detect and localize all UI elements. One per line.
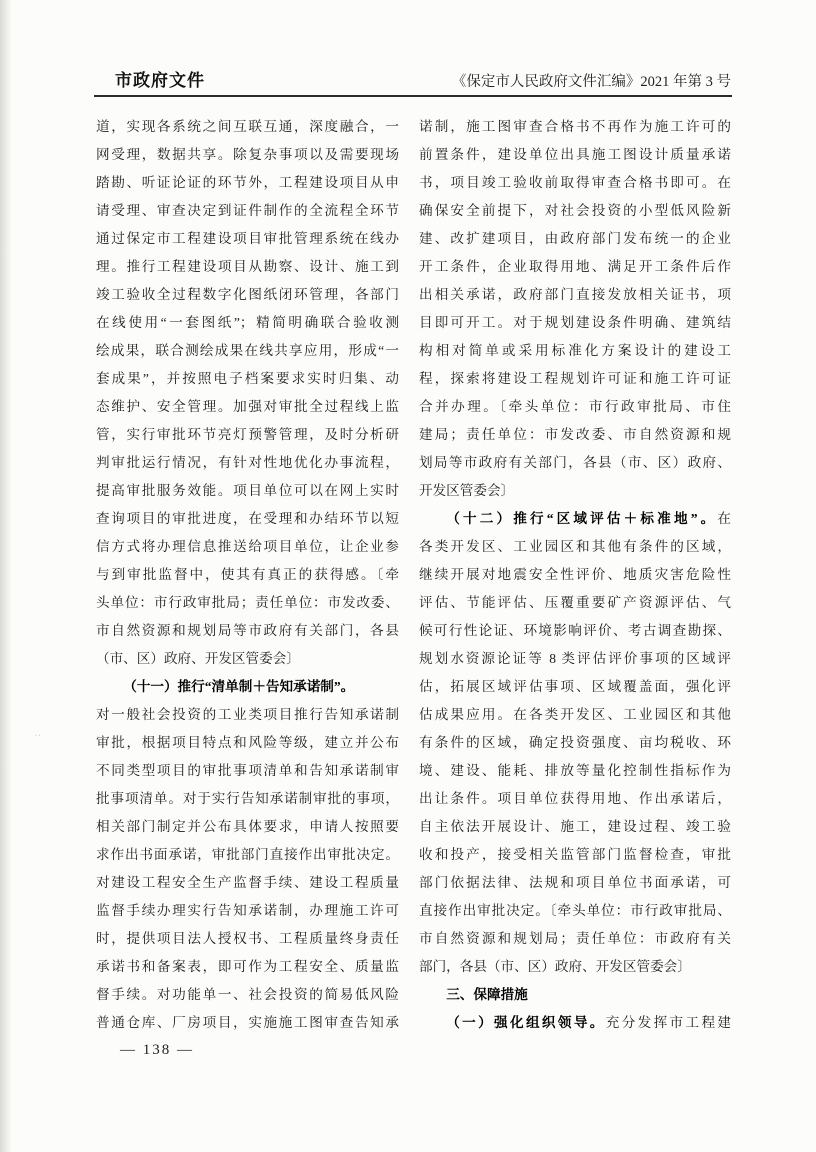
body-text: 道，实现各系统之间互联互通，深度融合，一 <box>96 119 399 134</box>
body-text: 各类开发区、工业园区和其他有条件的区域， <box>419 539 731 554</box>
text-line: 绘成果，联合测绘成果在线共享应用，形成“一 <box>96 337 399 365</box>
body-text: 时，提供项目法人授权书、工程质量终身责任 <box>96 931 399 946</box>
text-line: 估成果应用。在各类开发区、工业园区和其他 <box>419 701 731 729</box>
text-line: 竣工验收全过程数字化图纸闭环管理，各部门 <box>96 281 399 309</box>
body-text: 督手续。对功能单一、社会投资的简易低风险 <box>96 987 399 1002</box>
text-line: 部门依据法律、法规和项目单位书面承诺，可 <box>419 869 731 897</box>
body-text: 合并办理。〔牵头单位：市行政审批局、市住 <box>419 399 731 414</box>
text-line: 提高审批服务效能。项目单位可以在网上实时 <box>96 477 399 505</box>
text-line: 对一般社会投资的工业类项目推行告知承诺制 <box>96 701 399 729</box>
heading-text: （十一）推行“清单制＋告知承诺制”。 <box>123 679 354 694</box>
body-text: 绘成果，联合测绘成果在线共享应用，形成“一 <box>96 343 399 358</box>
body-text: 信方式将办理信息推送给项目单位，让企业参 <box>96 539 399 554</box>
text-line: 判审批运行情况，有针对性地优化办事流程， <box>96 449 399 477</box>
body-text: 通过保定市工程建设项目审批管理系统在线办 <box>96 231 399 246</box>
text-line: 前置条件，建设单位出具施工图设计质量承诺 <box>419 141 731 169</box>
text-line: 自主依法开展设计、施工，建设过程、竣工验 <box>419 813 731 841</box>
heading-text: 三、保障措施 <box>446 987 528 1002</box>
body-text: 确保安全前提下，对社会投资的小型低风险新 <box>419 203 731 218</box>
text-line: 各类开发区、工业园区和其他有条件的区域， <box>419 533 731 561</box>
text-line: 建局；责任单位：市发改委、市自然资源和规 <box>419 421 731 449</box>
body-text: 出相关承诺，政府部门直接发放相关证书，项 <box>419 287 731 302</box>
body-text: 直接作出审批决定。〔牵头单位：市行政审批局、 <box>419 903 731 918</box>
header-divider-rule <box>94 95 732 97</box>
body-text: 开工条件，企业取得用地、满足开工条件后作 <box>419 259 731 274</box>
body-text: 开发区管委会〕 <box>419 483 514 498</box>
body-text: 建局；责任单位：市发改委、市自然资源和规 <box>419 427 731 442</box>
body-text: 竣工验收全过程数字化图纸闭环管理，各部门 <box>96 287 399 302</box>
text-line: 态维护、安全管理。加强对审批全过程线上监 <box>96 393 399 421</box>
text-line: 道，实现各系统之间互联互通，深度融合，一 <box>96 113 399 141</box>
text-line: 境、建设、能耗、排放等量化控制性指标作为 <box>419 757 731 785</box>
body-text: 书，项目竣工验收前取得审查合格书即可。在 <box>419 175 731 190</box>
text-line: 与到审批监督中，使其有真正的获得感。〔牵 <box>96 561 399 589</box>
text-line: 程，探索将建设工程规划许可证和施工许可证 <box>419 365 731 393</box>
body-text: 部门，各县（市、区）政府、开发区管委会〕 <box>419 959 691 974</box>
text-line: 通过保定市工程建设项目审批管理系统在线办 <box>96 225 399 253</box>
body-text: 相关部门制定并公布具体要求，申请人按照要 <box>96 819 399 834</box>
text-line: 踏勘、听证论证的环节外，工程建设项目从申 <box>96 169 399 197</box>
text-line: 请受理、审查决定到证件制作的全流程全环节 <box>96 197 399 225</box>
body-text: 出让条件。项目单位获得用地、作出承诺后， <box>419 791 731 806</box>
text-line: 合并办理。〔牵头单位：市行政审批局、市住 <box>419 393 731 421</box>
text-line: 市自然资源和规划局；责任单位：市政府有关 <box>419 925 731 953</box>
body-text: 求作出书面承诺，审批部门直接作出审批决定。 <box>96 847 399 862</box>
text-line: 目即可开工。对于规划建设条件明确、建筑结 <box>419 309 731 337</box>
text-line: （十一）推行“清单制＋告知承诺制”。 <box>96 673 399 701</box>
heading-text: （十二）推行“区域评估＋标准地”。 <box>446 511 717 526</box>
text-line: 审批，根据项目特点和风险等级，建立并公布 <box>96 729 399 757</box>
text-line: 头单位：市行政审批局；责任单位：市发改委、 <box>96 589 399 617</box>
body-text: 估成果应用。在各类开发区、工业园区和其他 <box>419 707 731 722</box>
heading-text: （一）强化组织领导。 <box>446 1015 606 1030</box>
text-line: 承诺书和备案表，即可作为工程安全、质量监 <box>96 953 399 981</box>
body-text: 程，探索将建设工程规划许可证和施工许可证 <box>419 371 731 386</box>
body-text: 诺制，施工图审查合格书不再作为施工许可的 <box>419 119 731 134</box>
text-line: 出让条件。项目单位获得用地、作出承诺后， <box>419 785 731 813</box>
text-line: （一）强化组织领导。充分发挥市工程建 <box>419 1009 731 1037</box>
body-text: 对一般社会投资的工业类项目推行告知承诺制 <box>96 707 399 722</box>
text-line: 相关部门制定并公布具体要求，申请人按照要 <box>96 813 399 841</box>
left-column: 道，实现各系统之间互联互通，深度融合，一网受理，数据共享。除复杂事项以及需要现场… <box>96 113 399 1037</box>
page-number: — 138 — <box>120 1036 194 1064</box>
document-page: 市政府文件 《保定市人民政府文件汇编》2021 年第 3 号 道，实现各系统之间… <box>0 0 816 1152</box>
body-text: 充分发挥市工程建 <box>606 1015 731 1030</box>
text-line: 评估、节能评估、压覆重要矿产资源评估、气 <box>419 589 731 617</box>
text-line: 不同类型项目的审批事项清单和告知承诺制审 <box>96 757 399 785</box>
body-text: 头单位：市行政审批局；责任单位：市发改委、 <box>96 595 399 610</box>
text-line: 开工条件，企业取得用地、满足开工条件后作 <box>419 253 731 281</box>
body-text: 在线使用“一套图纸”；精简明确联合验收测 <box>96 315 399 330</box>
text-line: 套成果”，并按照电子档案要求实时归集、动 <box>96 365 399 393</box>
body-text: 管，实行审批环节亮灯预警管理，及时分析研 <box>96 427 399 442</box>
body-text: 套成果”，并按照电子档案要求实时归集、动 <box>96 371 399 386</box>
header-section-label: 市政府文件 <box>115 66 205 91</box>
body-text: 划局等市政府有关部门，各县（市、区）政府、 <box>419 455 731 470</box>
body-text: 承诺书和备案表，即可作为工程安全、质量监 <box>96 959 399 974</box>
body-text: 判审批运行情况，有针对性地优化办事流程， <box>96 455 399 470</box>
body-text: 前置条件，建设单位出具施工图设计质量承诺 <box>419 147 731 162</box>
text-line: 时，提供项目法人授权书、工程质量终身责任 <box>96 925 399 953</box>
body-text: （市、区）政府、开发区管委会〕 <box>96 651 300 666</box>
body-text: 理。推行工程建设项目从勘察、设计、施工到 <box>96 259 399 274</box>
text-line: 构相对简单或采用标准化方案设计的建设工 <box>419 337 731 365</box>
header-compilation-title: 《保定市人民政府文件汇编》2021 年第 3 号 <box>452 70 731 91</box>
text-line: （十二）推行“区域评估＋标准地”。在 <box>419 505 731 533</box>
text-line: 书，项目竣工验收前取得审查合格书即可。在 <box>419 169 731 197</box>
text-line: 网受理，数据共享。除复杂事项以及需要现场 <box>96 141 399 169</box>
right-column: 诺制，施工图审查合格书不再作为施工许可的前置条件，建设单位出具施工图设计质量承诺… <box>419 113 731 1037</box>
body-text: 评估、节能评估、压覆重要矿产资源评估、气 <box>419 595 731 610</box>
text-line: 估，拓展区域评估事项、区域覆盖面，强化评 <box>419 673 731 701</box>
body-text: 市自然资源和规划局等市政府有关部门，各县 <box>96 623 399 638</box>
body-text: 在 <box>717 511 731 526</box>
body-text: 构相对简单或采用标准化方案设计的建设工 <box>419 343 731 358</box>
body-text: 部门依据法律、法规和项目单位书面承诺，可 <box>419 875 731 890</box>
body-text: 继续开展对地震安全性评价、地质灾害危险性 <box>419 567 731 582</box>
body-text: 网受理，数据共享。除复杂事项以及需要现场 <box>96 147 399 162</box>
body-text: 不同类型项目的审批事项清单和告知承诺制审 <box>96 763 399 778</box>
text-line: 直接作出审批决定。〔牵头单位：市行政审批局、 <box>419 897 731 925</box>
text-line: 划局等市政府有关部门，各县（市、区）政府、 <box>419 449 731 477</box>
text-line: 普通仓库、厂房项目，实施施工图审查告知承 <box>96 1009 399 1037</box>
text-line: 市自然资源和规划局等市政府有关部门，各县 <box>96 617 399 645</box>
body-text: 建、改扩建项目，由政府部门发布统一的企业 <box>419 231 731 246</box>
text-line: （市、区）政府、开发区管委会〕 <box>96 645 399 673</box>
text-line: 诺制，施工图审查合格书不再作为施工许可的 <box>419 113 731 141</box>
text-line: 督手续。对功能单一、社会投资的简易低风险 <box>96 981 399 1009</box>
body-text: 与到审批监督中，使其有真正的获得感。〔牵 <box>96 567 399 582</box>
body-text: 态维护、安全管理。加强对审批全过程线上监 <box>96 399 399 414</box>
body-text: 批事项清单。对于实行告知承诺制审批的事项， <box>96 791 399 806</box>
body-text: 候可行性论证、环境影响评价、考古调查勘探、 <box>419 623 731 638</box>
text-line: 规划水资源论证等 8 类评估评价事项的区域评 <box>419 645 731 673</box>
text-line: 在线使用“一套图纸”；精简明确联合验收测 <box>96 309 399 337</box>
text-line: 信方式将办理信息推送给项目单位，让企业参 <box>96 533 399 561</box>
text-line: 管，实行审批环节亮灯预警管理，及时分析研 <box>96 421 399 449</box>
text-line: 开发区管委会〕 <box>419 477 731 505</box>
text-line: 出相关承诺，政府部门直接发放相关证书，项 <box>419 281 731 309</box>
body-text: 收和投产，接受相关监管部门监督检查，审批 <box>419 847 731 862</box>
body-text: 审批，根据项目特点和风险等级，建立并公布 <box>96 735 399 750</box>
text-line: 求作出书面承诺，审批部门直接作出审批决定。 <box>96 841 399 869</box>
scan-smudge-mark: ‥ <box>34 726 44 739</box>
text-line: 查询项目的审批进度，在受理和办结环节以短 <box>96 505 399 533</box>
text-line: 批事项清单。对于实行告知承诺制审批的事项， <box>96 785 399 813</box>
body-text: 查询项目的审批进度，在受理和办结环节以短 <box>96 511 399 526</box>
body-text: 目即可开工。对于规划建设条件明确、建筑结 <box>419 315 731 330</box>
text-line: 候可行性论证、环境影响评价、考古调查勘探、 <box>419 617 731 645</box>
body-text: 提高审批服务效能。项目单位可以在网上实时 <box>96 483 399 498</box>
text-line: 确保安全前提下，对社会投资的小型低风险新 <box>419 197 731 225</box>
text-line: 继续开展对地震安全性评价、地质灾害危险性 <box>419 561 731 589</box>
body-text: 对建设工程安全生产监督手续、建设工程质量 <box>96 875 399 890</box>
body-text: 估，拓展区域评估事项、区域覆盖面，强化评 <box>419 679 731 694</box>
body-text: 普通仓库、厂房项目，实施施工图审查告知承 <box>96 1015 399 1030</box>
body-text: 有条件的区域，确定投资强度、亩均税收、环 <box>419 735 731 750</box>
text-line: 部门，各县（市、区）政府、开发区管委会〕 <box>419 953 731 981</box>
body-text: 境、建设、能耗、排放等量化控制性指标作为 <box>419 763 731 778</box>
text-line: 三、保障措施 <box>419 981 731 1009</box>
scan-edge-shadow <box>0 0 12 1152</box>
body-text: 规划水资源论证等 8 类评估评价事项的区域评 <box>419 651 731 666</box>
text-line: 对建设工程安全生产监督手续、建设工程质量 <box>96 869 399 897</box>
text-line: 建、改扩建项目，由政府部门发布统一的企业 <box>419 225 731 253</box>
body-text: 市自然资源和规划局；责任单位：市政府有关 <box>419 931 731 946</box>
body-text: 监督手续办理实行告知承诺制，办理施工许可 <box>96 903 399 918</box>
body-text: 请受理、审查决定到证件制作的全流程全环节 <box>96 203 399 218</box>
body-text: 自主依法开展设计、施工，建设过程、竣工验 <box>419 819 731 834</box>
text-line: 理。推行工程建设项目从勘察、设计、施工到 <box>96 253 399 281</box>
text-line: 收和投产，接受相关监管部门监督检查，审批 <box>419 841 731 869</box>
body-text: 踏勘、听证论证的环节外，工程建设项目从申 <box>96 175 399 190</box>
text-line: 监督手续办理实行告知承诺制，办理施工许可 <box>96 897 399 925</box>
text-line: 有条件的区域，确定投资强度、亩均税收、环 <box>419 729 731 757</box>
